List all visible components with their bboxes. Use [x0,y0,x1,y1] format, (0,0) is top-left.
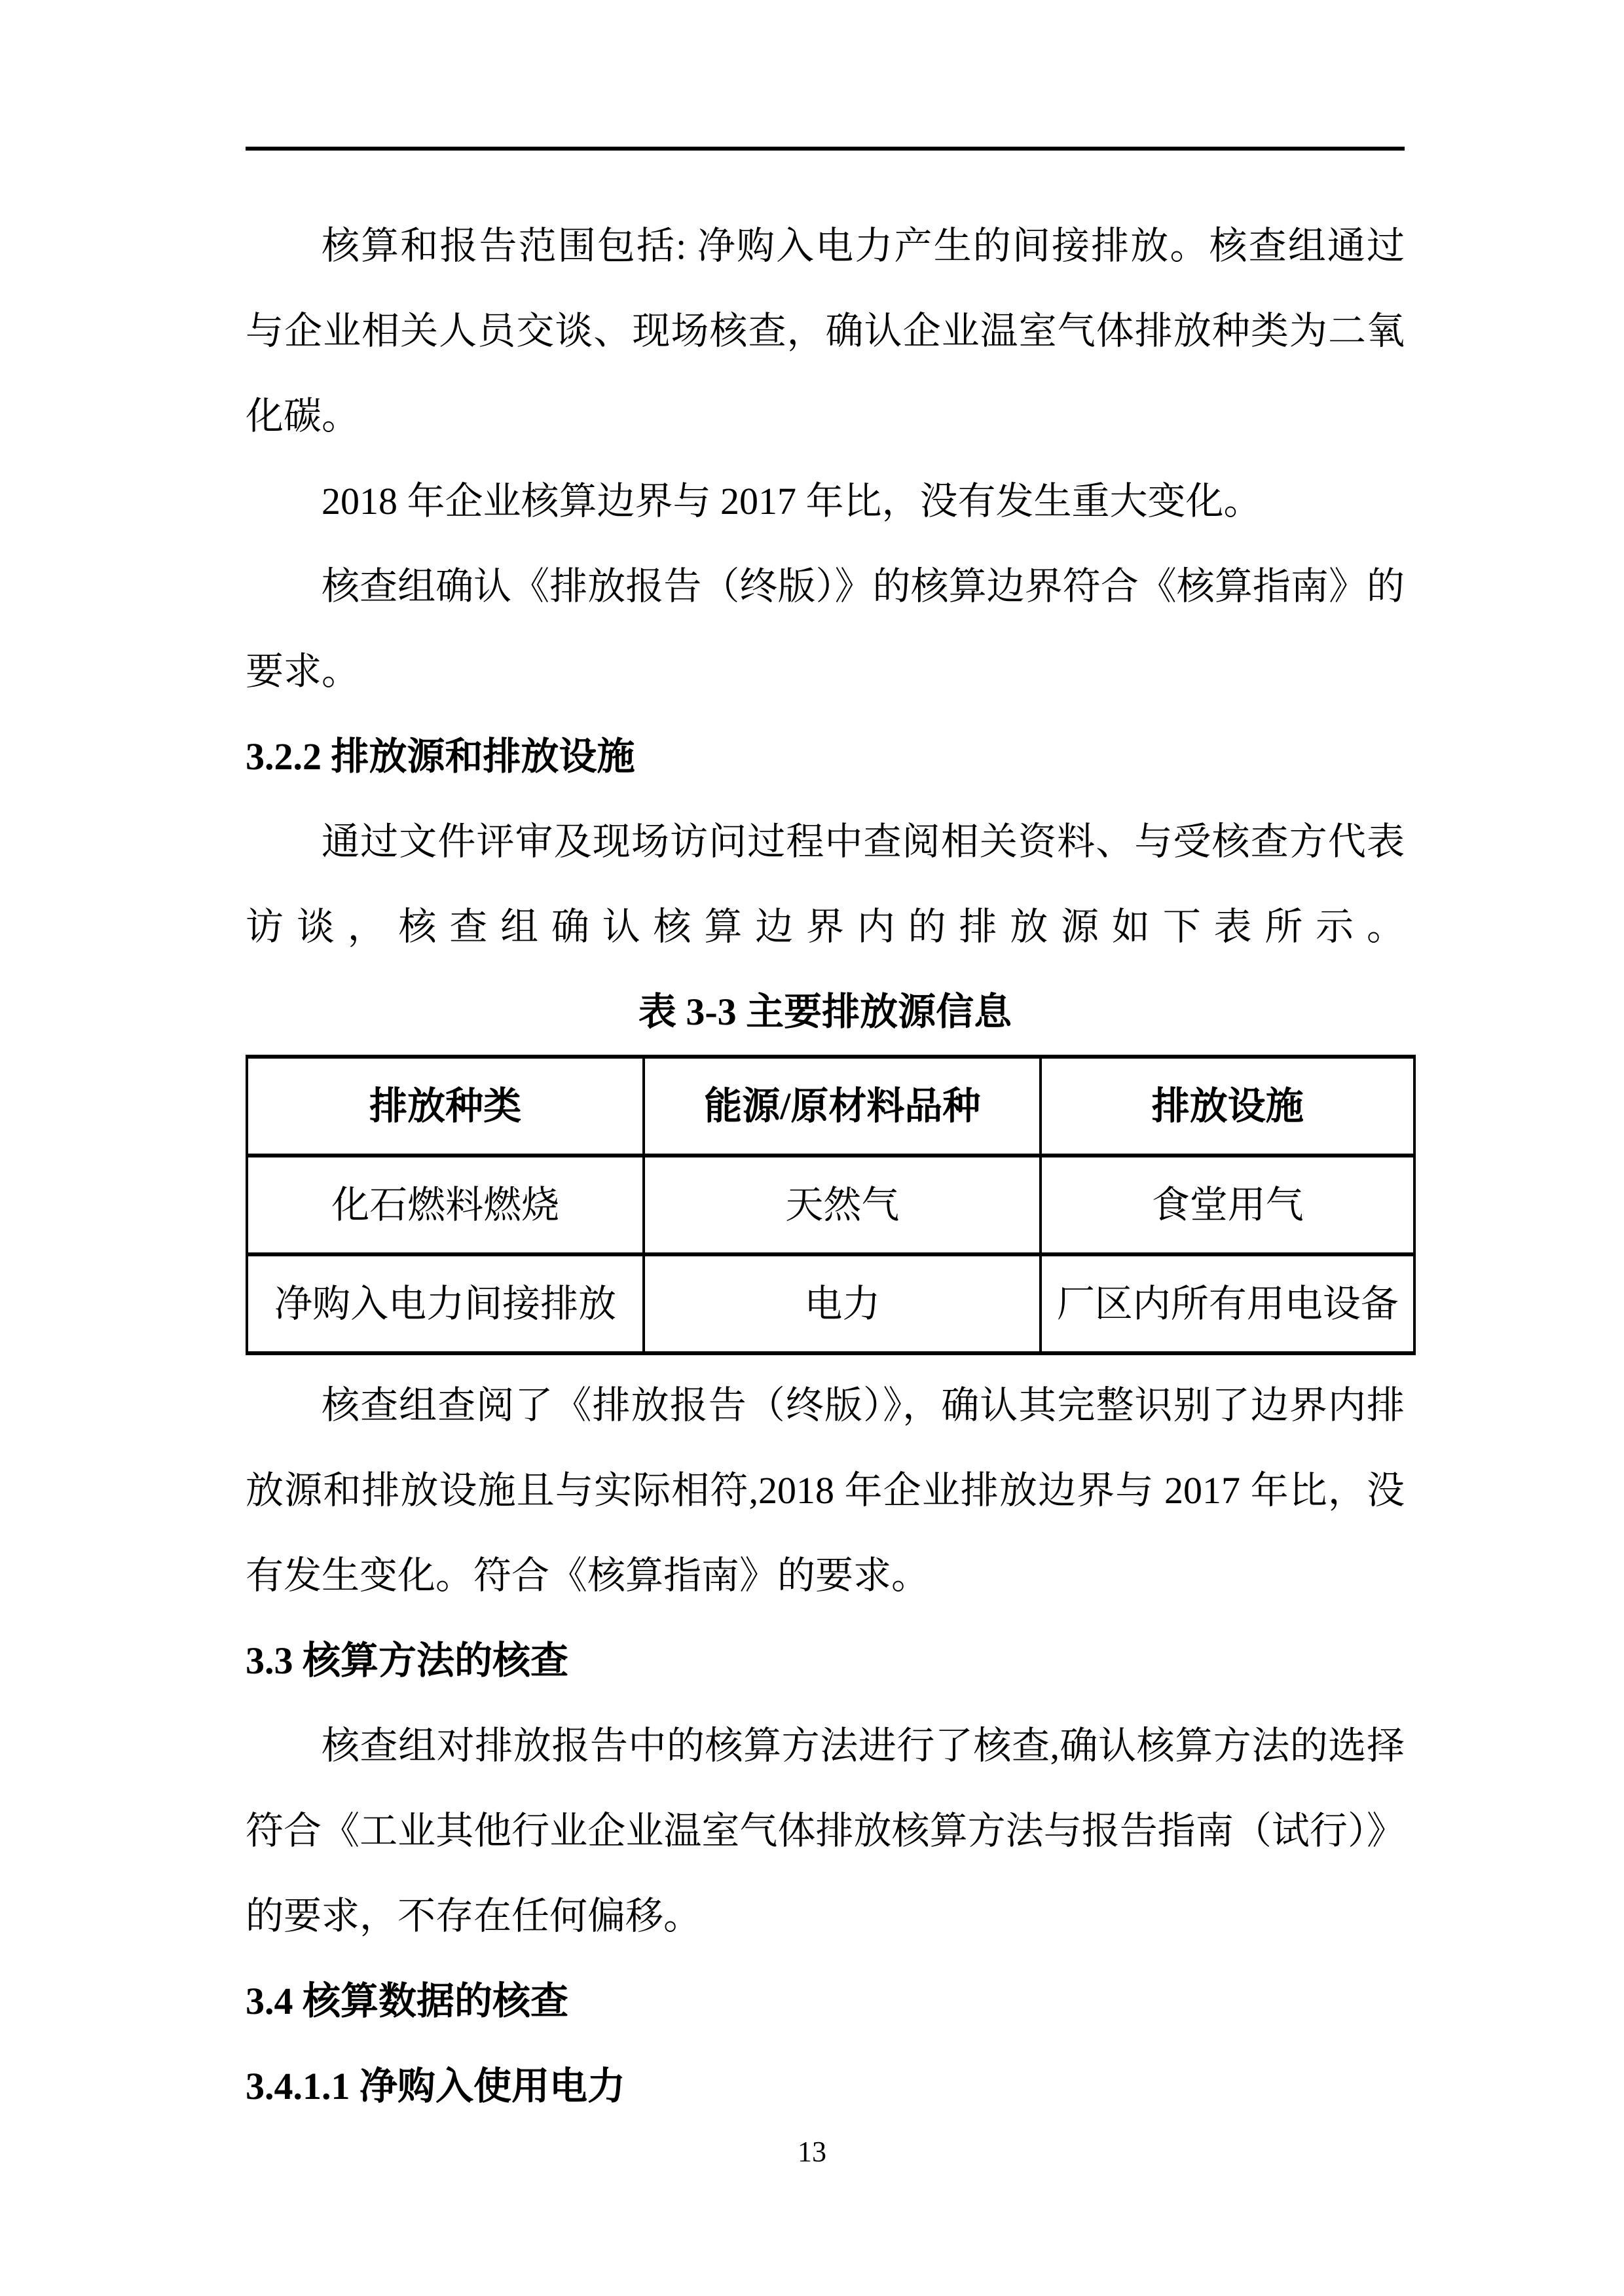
page-content: 核算和报告范围包括: 净购入电力产生的间接排放。核查组通过与企业相关人员交谈、现… [246,204,1405,2129]
header-rule [246,147,1405,151]
paragraph-document-review: 通过文件评审及现场访问过程中查阅相关资料、与受核查方代表访谈，核查组确认核算边界… [246,799,1405,970]
document-page: 核算和报告范围包括: 净购入电力产生的间接排放。核查组通过与企业相关人员交谈、现… [0,0,1624,2296]
table-header-emission-facility: 排放设施 [1041,1057,1414,1156]
table-cell: 天然气 [644,1156,1041,1254]
table-caption: 表 3-3 主要排放源信息 [246,970,1405,1055]
table-row: 化石燃料燃烧 天然气 食堂用气 [247,1156,1414,1254]
paragraph-boundary-confirmation: 核查组确认《排放报告（终版）》的核算边界符合《核算指南》的要求。 [246,544,1405,714]
section-heading-3-3: 3.3 核算方法的核查 [246,1618,1405,1704]
table-cell: 电力 [644,1254,1041,1353]
paragraph-boundary-change: 2018 年企业核算边界与 2017 年比，没有发生重大变化。 [246,459,1405,544]
table-cell: 净购入电力间接排放 [247,1254,644,1353]
paragraph-report-review: 核查组查阅了《排放报告（终版）》，确认其完整识别了边界内排放源和排放设施且与实际… [246,1363,1405,1618]
table-cell: 食堂用气 [1041,1156,1414,1254]
table-header-energy-material: 能源/原材料品种 [644,1057,1041,1156]
table-row: 净购入电力间接排放 电力 厂区内所有用电设备 [247,1254,1414,1353]
section-heading-3-4: 3.4 核算数据的核查 [246,1959,1405,2044]
section-heading-3-2-2: 3.2.2 排放源和排放设施 [246,714,1405,799]
table-cell: 化石燃料燃烧 [247,1156,644,1254]
paragraph-accounting-scope: 核算和报告范围包括: 净购入电力产生的间接排放。核查组通过与企业相关人员交谈、现… [246,204,1405,459]
table-header-emission-type: 排放种类 [247,1057,644,1156]
table-cell: 厂区内所有用电设备 [1041,1254,1414,1353]
paragraph-method-verification: 核查组对排放报告中的核算方法进行了核查,确认核算方法的选择符合《工业其他行业企业… [246,1704,1405,1959]
table-header-row: 排放种类 能源/原材料品种 排放设施 [247,1057,1414,1156]
emission-sources-table: 排放种类 能源/原材料品种 排放设施 化石燃料燃烧 天然气 食堂用气 净购入电力… [246,1055,1416,1355]
page-number: 13 [0,2129,1624,2175]
section-heading-3-4-1-1: 3.4.1.1 净购入使用电力 [246,2044,1405,2129]
